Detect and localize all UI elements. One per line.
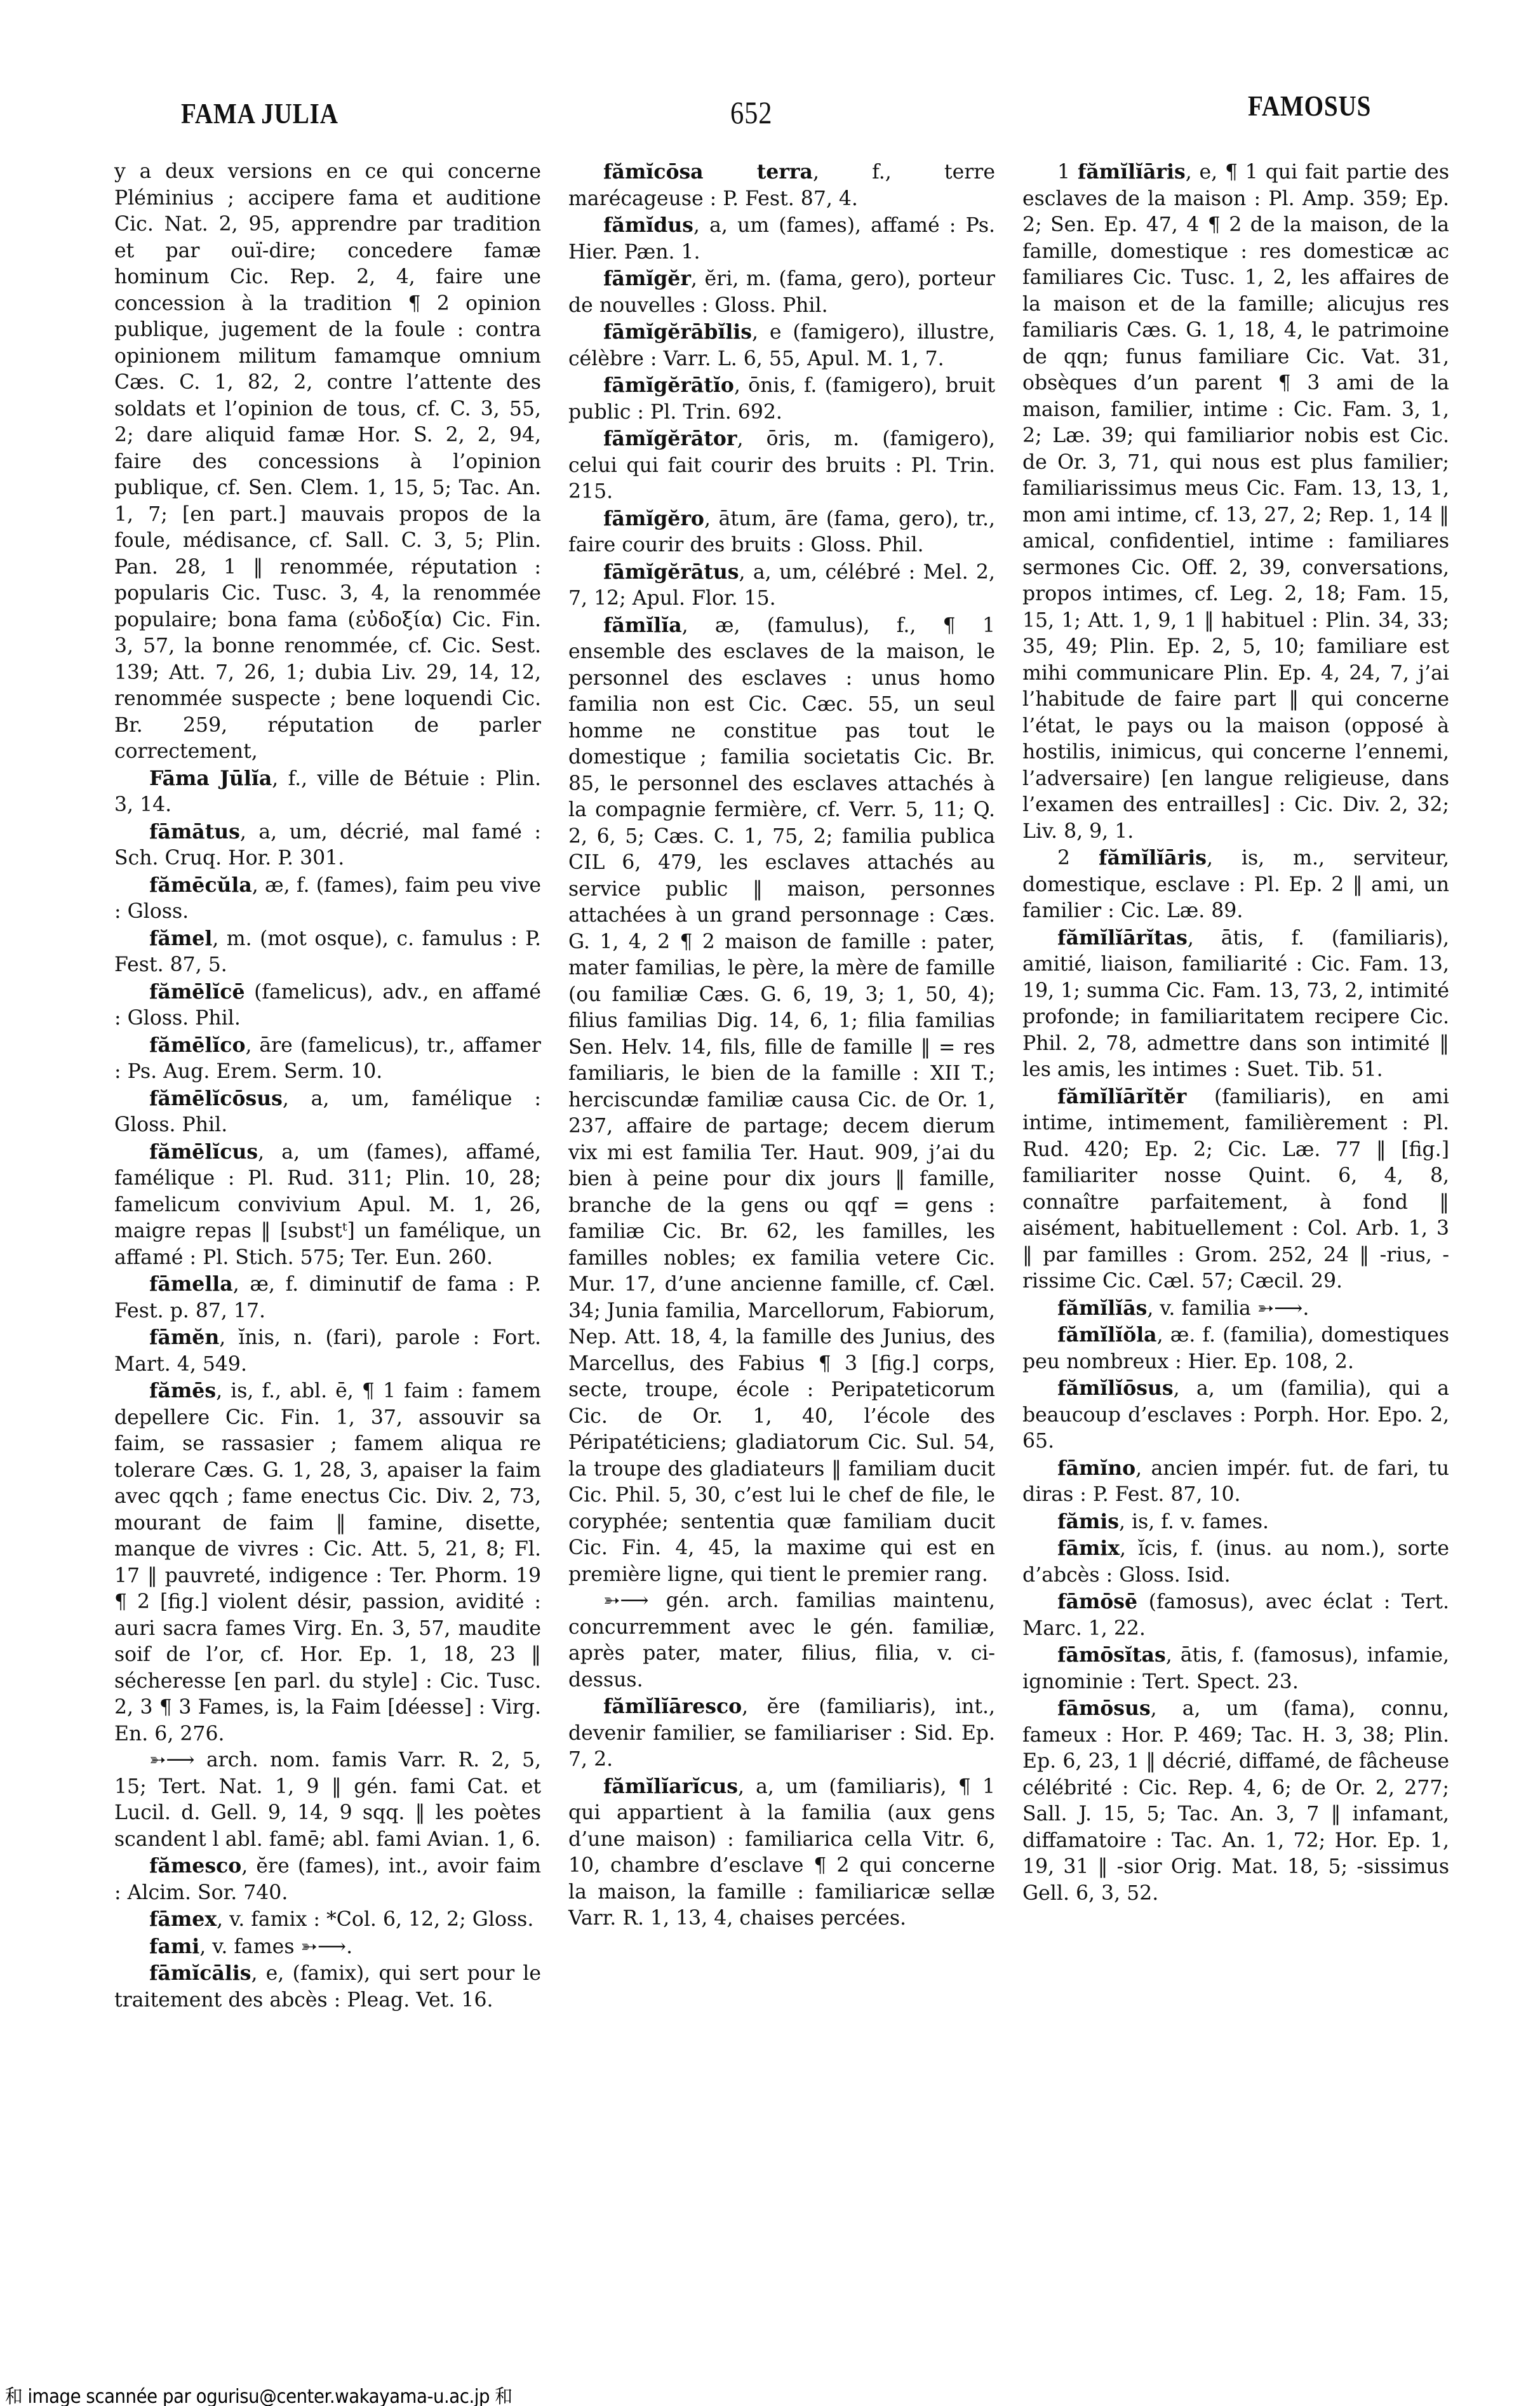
- definition-text: , v. famix : *Col. 6, 12, 2; Gloss.: [217, 1908, 533, 1931]
- definition-text: , is, f. v. fames.: [1119, 1510, 1269, 1533]
- headword: fămesco: [149, 1854, 241, 1878]
- headword: fămĭlĭārĭtĕr: [1057, 1085, 1186, 1108]
- dictionary-entry: fămĭlĭās, v. familia ➳⟶.: [1022, 1295, 1449, 1322]
- dictionary-entry: fāmĭcālis, e, (famix), qui sert pour le …: [114, 1960, 541, 2013]
- dictionary-entry: fămēlĭco, āre (famelicus), tr., affamer …: [114, 1032, 541, 1085]
- headword: fāmōsĭtas: [1057, 1643, 1166, 1667]
- headword: fāmōsē: [1057, 1590, 1137, 1613]
- dictionary-entry: fāmĕn, ĭnis, n. (fari), parole : Fort. M…: [114, 1324, 541, 1378]
- headword: fāmĭno: [1057, 1456, 1135, 1480]
- arrow-icon: ➳⟶.: [1251, 1297, 1309, 1320]
- definition-text: , a, um (familiaris), ¶ 1 qui appartient…: [568, 1775, 995, 1930]
- headword: fami: [149, 1935, 199, 1958]
- running-head: FAMA JULIA 652 FAMOSUS: [0, 89, 1540, 133]
- headword: fămĭlĭārĭtas: [1057, 926, 1188, 950]
- dictionary-entry: Fāma Jūlĭa, f., ville de Bétuie : Plin. …: [114, 765, 541, 819]
- homonym-number: 2: [1057, 847, 1099, 870]
- headword: fāmĭgĕro: [603, 507, 704, 530]
- dictionary-entry: fāmix, ĭcis, f. (inus. au nom.), sorte d…: [1022, 1535, 1449, 1589]
- headword: fāmella: [149, 1272, 233, 1296]
- headword: fāmĭcālis: [149, 1961, 251, 1985]
- headword: fămēlĭco: [149, 1033, 245, 1057]
- definition-text: , ātis, f. (familiaris), amitié, liaison…: [1022, 927, 1449, 1082]
- headword: fāmātus: [149, 820, 240, 843]
- headword: fămēlĭcē: [149, 980, 245, 1004]
- dictionary-entry: fāmātus, a, um, décrié, mal famé : Sch. …: [114, 819, 541, 872]
- dictionary-entry: fămis, is, f. v. fames.: [1022, 1509, 1449, 1536]
- arrow-icon: ➳⟶.: [295, 1935, 353, 1958]
- headword: fămĭlĭŏla: [1057, 1323, 1157, 1347]
- dictionary-entry: fămēlĭcē (famelicus), adv., en affamé : …: [114, 979, 541, 1032]
- dictionary-entry: fāmĭno, ancien impér. fut. de fari, tu d…: [1022, 1455, 1449, 1509]
- dictionary-entry: fămēs, is, f., abl. ē, ¶ 1 faim : famem …: [114, 1378, 541, 1747]
- definition-text: , v. fames: [199, 1935, 294, 1958]
- headword: fămĭlĭāris: [1078, 160, 1186, 184]
- headword: fămĭlĭarĭcus: [603, 1775, 738, 1798]
- headword: fămēlĭcōsus: [149, 1087, 283, 1110]
- dictionary-entry: 2 fămĭlĭāris, is, m., serviteur, domesti…: [1022, 845, 1449, 925]
- dictionary-entry: ➳⟶ arch. nom. famis Varr. R. 2, 5, 15; T…: [114, 1747, 541, 1853]
- homonym-number: 1: [1057, 161, 1078, 184]
- dictionary-entry: fămēcŭla, æ, f. (fames), faim peu vive :…: [114, 872, 541, 925]
- headword: fāmĭgĕrābĭlis: [603, 320, 752, 344]
- headword: fămĭlĭāris: [1099, 846, 1207, 870]
- definition-text: , v. familia: [1147, 1297, 1250, 1320]
- headword: fămĭlĭa: [603, 614, 682, 637]
- dictionary-entry: fămĭlĭōsus, a, um (familia), qui a beauc…: [1022, 1375, 1449, 1455]
- arrow-icon: ➳⟶: [149, 1749, 195, 1771]
- headword: fămĭdus: [603, 213, 693, 237]
- dictionary-entry: fămĭcōsa terra, f., terre marécageuse : …: [568, 159, 995, 212]
- dictionary-entry: fāmĭgĕr, ĕri, m. (fama, gero), porteur d…: [568, 265, 995, 319]
- headword: fămĭlĭās: [1057, 1296, 1147, 1320]
- dictionary-entry: fămĭlĭa, æ, (famulus), f., ¶ 1 ensemble …: [568, 612, 995, 1589]
- dictionary-entry: fāmĭgĕrātus, a, um, célébré : Mel. 2, 7,…: [568, 559, 995, 612]
- dictionary-entry: fămĭlĭŏla, æ. f. (familia), domestiques …: [1022, 1322, 1449, 1375]
- scan-credit: 和 image scannée par ogurisu@center.wakay…: [5, 2381, 512, 2406]
- headword: fămēs: [149, 1379, 216, 1402]
- right-guideword: FAMOSUS: [1248, 89, 1371, 123]
- definition-text: , is, f., abl. ē, ¶ 1 faim : famem depel…: [114, 1380, 541, 1745]
- headword: fāmĭgĕrātus: [603, 560, 739, 584]
- dictionary-entry: fāmĭgĕrātĭo, ōnis, f. (famigero), bruit …: [568, 372, 995, 426]
- headword: fāmĕn: [149, 1326, 219, 1349]
- dictionary-entry: fāmōsē (famosus), avec éclat : Tert. Mar…: [1022, 1589, 1449, 1642]
- arrow-icon: ➳⟶: [603, 1589, 649, 1612]
- headword: fămēcŭla: [149, 873, 252, 897]
- dictionary-columns: y a deux versions en ce qui concerne Plé…: [114, 159, 1480, 2337]
- dictionary-entry: fāmella, æ, f. diminutif de fama : P. Fe…: [114, 1271, 541, 1324]
- headword: fămis: [1057, 1510, 1119, 1533]
- headword: fāmōsus: [1057, 1697, 1151, 1720]
- dictionary-entry: 1 fămĭlĭāris, e, ¶ 1 qui fait partie des…: [1022, 159, 1449, 845]
- column-right: 1 fămĭlĭāris, e, ¶ 1 qui fait partie des…: [1022, 159, 1449, 1907]
- dictionary-entry: fāmĭgĕro, ātum, āre (fama, gero), tr., f…: [568, 506, 995, 559]
- dictionary-entry: fămĭlĭarĭcus, a, um (familiaris), ¶ 1 qu…: [568, 1773, 995, 1932]
- headword: fāmĭgĕrātĭo: [603, 373, 734, 397]
- definition-text: (familiaris), en ami intime, intimement,…: [1022, 1085, 1449, 1293]
- dictionary-entry: fāmōsĭtas, ātis, f. (famosus), infamie, …: [1022, 1642, 1449, 1695]
- headword: fămēlĭcus: [149, 1140, 258, 1164]
- dictionary-entry: fāmōsus, a, um (fama), connu, fameux : H…: [1022, 1695, 1449, 1907]
- definition-text: , a, um (fama), connu, fameux : Hor. P. …: [1022, 1697, 1449, 1905]
- headword: fāmex: [149, 1907, 217, 1931]
- dictionary-entry: fāmĭgĕrābĭlis, e (famigero), illustre, c…: [568, 319, 995, 372]
- dictionary-entry: y a deux versions en ce qui concerne Plé…: [114, 159, 541, 765]
- headword: fămĭlĭāresco: [603, 1695, 742, 1718]
- column-middle: fămĭcōsa terra, f., terre marécageuse : …: [568, 159, 995, 1932]
- left-guideword: FAMA JULIA: [181, 97, 338, 130]
- headword: fămĭcōsa terra: [603, 160, 813, 184]
- dictionary-entry: fami, v. fames ➳⟶.: [114, 1933, 541, 1961]
- dictionary-entry: fāmĭgĕrātor, ōris, m. (famigero), celui …: [568, 426, 995, 506]
- dictionary-entry: fămĭdus, a, um (fames), affamé : Ps. Hie…: [568, 212, 995, 265]
- dictionary-entry: ➳⟶ gén. arch. familias maintenu, concurr…: [568, 1588, 995, 1693]
- dictionary-entry: fămēlĭcōsus, a, um, famélique : Gloss. P…: [114, 1085, 541, 1139]
- dictionary-entry: fămesco, ĕre (fames), int., avoir faim :…: [114, 1853, 541, 1906]
- headword: fămĭlĭōsus: [1057, 1376, 1174, 1400]
- dictionary-entry: fămĭlĭārĭtas, ātis, f. (familiaris), ami…: [1022, 925, 1449, 1084]
- headword: fāmĭgĕrātor: [603, 427, 737, 450]
- definition-text: , e, ¶ 1 qui fait partie des esclaves de…: [1022, 161, 1449, 843]
- dictionary-entry: fămel, m. (mot osque), c. famulus : P. F…: [114, 925, 541, 979]
- dictionary-entry: fămĭlĭāresco, ĕre (familiaris), int., de…: [568, 1693, 995, 1773]
- dictionary-entry: fămēlĭcus, a, um (fames), affamé, faméli…: [114, 1139, 541, 1272]
- page-number: 652: [730, 94, 772, 131]
- headword: Fāma Jūlĭa: [149, 767, 272, 790]
- definition-text: y a deux versions en ce qui concerne Plé…: [114, 160, 541, 763]
- column-left: y a deux versions en ce qui concerne Plé…: [114, 159, 541, 2013]
- headword: fămel: [149, 927, 212, 950]
- headword: fāmix: [1057, 1536, 1120, 1560]
- headword: fāmĭgĕr: [603, 267, 691, 290]
- dictionary-entry: fāmex, v. famix : *Col. 6, 12, 2; Gloss.: [114, 1906, 541, 1933]
- dictionary-entry: fămĭlĭārĭtĕr (familiaris), en ami intime…: [1022, 1084, 1449, 1295]
- definition-text: , æ, (famulus), f., ¶ 1 ensemble des esc…: [568, 614, 995, 1586]
